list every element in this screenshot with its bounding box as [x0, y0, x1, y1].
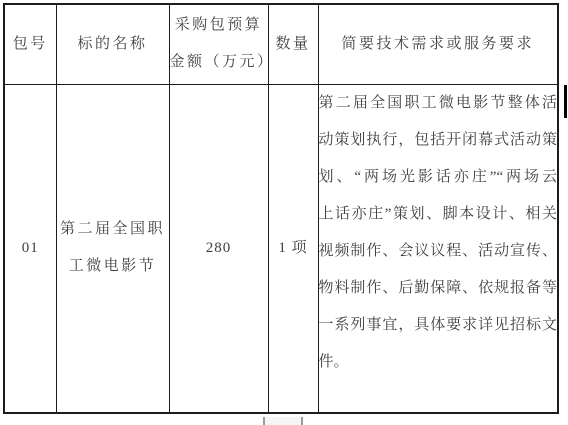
subject-name-line2: 工微电影节	[57, 248, 169, 285]
requirements-line: 视频制作、会议议程、活动宣传、	[319, 233, 558, 270]
cell-package-no: 01	[4, 84, 56, 413]
header-budget-line1: 采购包预算	[170, 7, 268, 44]
procurement-packages-table: 包号 标的名称 采购包预算 金额（万元） 数量 简要技术需求或服务要求 01 第…	[3, 3, 559, 414]
table-row: 01 第二届全国职 工微电影节 280 1 项 第二届全国职工微电影节整体活 动…	[4, 84, 558, 413]
header-quantity: 数量	[268, 4, 318, 84]
requirements-line: 第二届全国职工微电影节整体活	[319, 85, 558, 122]
requirements-line: 一系列事宜，具体要求详见招标文	[319, 307, 558, 344]
cell-quantity: 1 项	[268, 84, 318, 413]
requirements-line: 划、“两场光影话亦庄”“两场云	[319, 159, 558, 196]
subject-name-line1: 第二届全国职	[57, 211, 169, 248]
header-package-no: 包号	[4, 4, 56, 84]
document-page: 包号 标的名称 采购包预算 金额（万元） 数量 简要技术需求或服务要求 01 第…	[0, 0, 568, 425]
requirements-line: 动策划执行，包括开闭幕式活动策	[319, 122, 558, 159]
cell-subject-name: 第二届全国职 工微电影节	[56, 84, 169, 413]
requirements-line: 上话亦庄”策划、脚本设计、相关	[319, 196, 558, 233]
next-page-table-stub	[263, 417, 303, 425]
header-requirements: 简要技术需求或服务要求	[318, 4, 558, 84]
cell-budget: 280	[169, 84, 268, 413]
requirements-line: 件。	[319, 344, 558, 381]
requirements-line: 物料制作、后勤保障、依规报备等	[319, 270, 558, 307]
header-budget: 采购包预算 金额（万元）	[169, 4, 268, 84]
header-budget-line2: 金额（万元）	[170, 44, 268, 81]
table-header-row: 包号 标的名称 采购包预算 金额（万元） 数量 简要技术需求或服务要求	[4, 4, 558, 84]
header-subject-name: 标的名称	[56, 4, 169, 84]
cell-requirements: 第二届全国职工微电影节整体活 动策划执行，包括开闭幕式活动策 划、“两场光影话亦…	[318, 84, 558, 413]
text-cursor	[564, 85, 567, 118]
